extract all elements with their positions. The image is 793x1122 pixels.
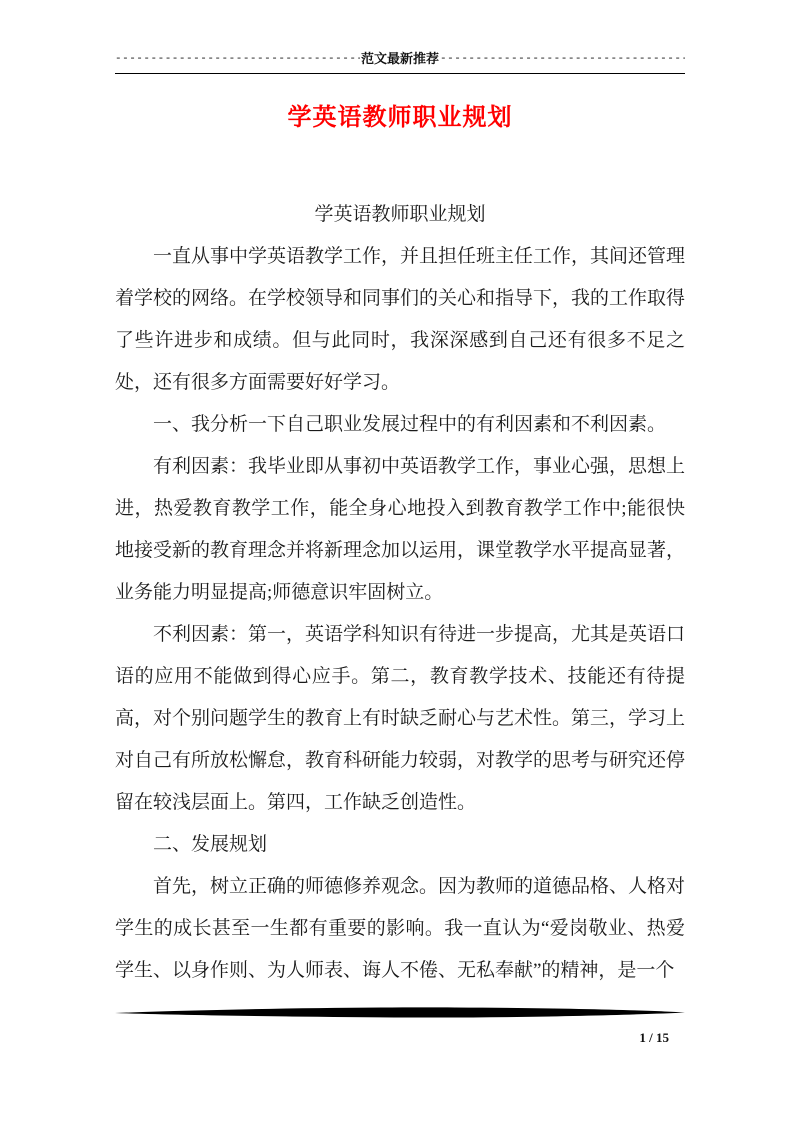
- paragraph-6: 首先，树立正确的师德修养观念。因为教师的道德品格、人格对学生的成长甚至一生都有重…: [115, 866, 685, 992]
- footer-rule: [115, 1004, 685, 1022]
- document-page: ----------------------------------------…: [0, 0, 793, 1122]
- header-label: 范文最新推荐: [360, 52, 440, 66]
- footer-rule-shape: [115, 1004, 685, 1022]
- paragraph-4: 不利因素：第一，英语学科知识有待进一步提高，尤其是英语口语的应用不能做到得心应手…: [115, 614, 685, 824]
- paragraph-3: 有利因素：我毕业即从事初中英语教学工作，事业心强，思想上进，热爱教育教学工作，能…: [115, 446, 685, 614]
- document-subtitle: 学英语教师职业规划: [115, 194, 685, 236]
- header-dashes-right: ----------------------------------------…: [440, 52, 685, 66]
- paragraph-1: 一直从事中学英语教学工作，并且担任班主任工作，其间还管理着学校的网络。在学校领导…: [115, 236, 685, 404]
- document-body: 学英语教师职业规划 一直从事中学英语教学工作，并且担任班主任工作，其间还管理着学…: [115, 194, 685, 992]
- document-title: 学英语教师职业规划: [115, 97, 685, 132]
- header-dashes-left: ----------------------------------------…: [115, 52, 360, 66]
- paragraph-5: 二、发展规划: [115, 824, 685, 866]
- paragraph-2: 一、我分析一下自己职业发展过程中的有利因素和不利因素。: [115, 404, 685, 446]
- header-rule-row: ----------------------------------------…: [115, 52, 685, 66]
- page-number: 1 / 15: [639, 1030, 669, 1046]
- page-header: ----------------------------------------…: [115, 52, 685, 74]
